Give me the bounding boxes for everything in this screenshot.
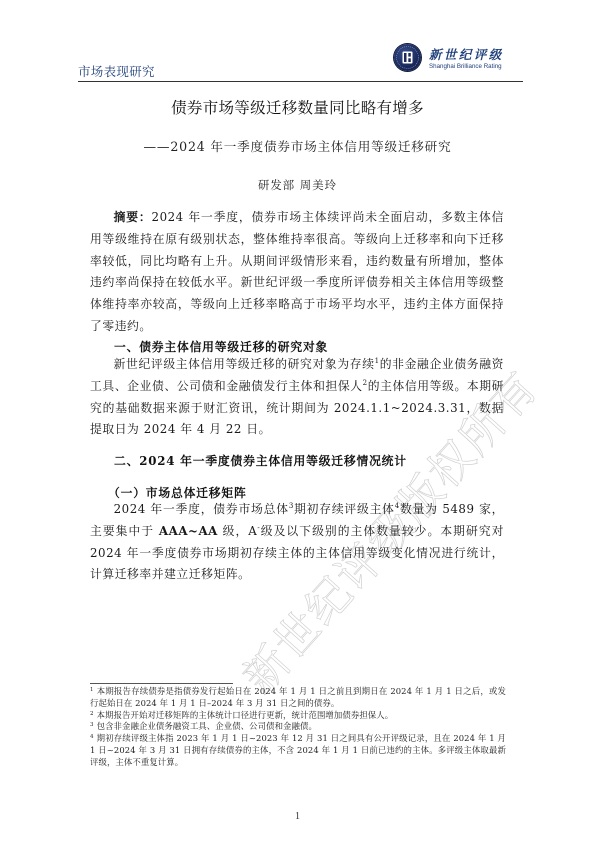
footnote-text: 本期报告开始对迁移矩阵的主体统计口径进行更新，统计范围增加债券担保人。	[97, 710, 394, 720]
text-run: 新世纪评级主体信用等级迁移的研究对象为存续	[114, 357, 375, 371]
header-divider	[78, 81, 523, 82]
document-subtitle: ——2024 年一季度债券市场主体信用等级迁移研究	[0, 136, 595, 155]
footnote-text: 本期报告存续债券是指债券发行起始日在 2024 年 1 月 1 日之前且到期日在…	[90, 686, 506, 708]
abstract-paragraph: 摘要：2024 年一季度，债券市场主体续评尚未全面启动，多数主体信用等级维持在原…	[90, 207, 504, 338]
page-number: 1	[0, 811, 595, 822]
abstract-label: 摘要：	[114, 210, 152, 224]
company-emblem-icon	[394, 44, 421, 71]
footnote-number: 1	[90, 687, 94, 693]
footnote-3: 3包含非金融企业债务融资工具、企业债、公司债和金融债。	[90, 721, 506, 733]
footnote-number: 2	[90, 711, 94, 717]
subsection-2-1-paragraph: 2024 年一季度，债券市场总体3期初存续评级主体4数量为 5489 家，主要集…	[90, 499, 504, 586]
section-heading-1: 一、债券主体信用等级迁移的研究对象	[114, 338, 328, 355]
section-heading-2: 二、2024 年一季度债券主体信用等级迁移情况统计	[114, 452, 407, 469]
abstract-text: 2024 年一季度，债券市场主体续评尚未全面启动，多数主体信用等级维持在原有级别…	[90, 210, 504, 333]
logo-name-cn: 新世纪评级	[429, 45, 504, 63]
footnote-number: 4	[90, 734, 94, 740]
page-header: 市场表现研究 新世纪评级 Shanghai Brilliance Rating	[78, 40, 523, 82]
footnote-4: 4期初存续评级主体指 2023 年 1 月 1 日~2023 年 12 月 31…	[90, 733, 506, 768]
company-logo: 新世纪评级 Shanghai Brilliance Rating	[394, 42, 524, 78]
footnote-number: 3	[90, 722, 94, 728]
author-line: 研发部 周美玲	[0, 177, 595, 193]
footnote-2: 2本期报告开始对迁移矩阵的主体统计口径进行更新，统计范围增加债券担保人。	[90, 710, 506, 722]
text-run: 2024 年一季度，债券市场总体	[114, 502, 289, 516]
document-title: 债券市场等级迁移数量同比略有增多	[0, 96, 595, 118]
logo-name-en: Shanghai Brilliance Rating	[429, 63, 502, 70]
footnotes: 1本期报告存续债券是指债券发行起始日在 2024 年 1 月 1 日之前且到期日…	[90, 686, 506, 769]
footnote-1: 1本期报告存续债券是指债券发行起始日在 2024 年 1 月 1 日之前且到期日…	[90, 686, 506, 710]
text-run: 级，A	[218, 524, 258, 538]
footnote-text: 期初存续评级主体指 2023 年 1 月 1 日~2023 年 12 月 31 …	[90, 733, 506, 767]
section-1-paragraph: 新世纪评级主体信用等级迁移的研究对象为存续1的非金融企业债务融资工具、企业债、公…	[90, 354, 504, 441]
section-title: 市场表现研究	[78, 62, 155, 80]
text-run: 期初存续评级主体	[294, 502, 395, 516]
rating-range: AAA~AA	[159, 524, 218, 538]
footnote-separator	[90, 683, 233, 684]
document-page: 市场表现研究 新世纪评级 Shanghai Brilliance Rating …	[0, 0, 595, 841]
footnote-text: 包含非金融企业债务融资工具、企业债、公司债和金融债。	[97, 721, 317, 731]
